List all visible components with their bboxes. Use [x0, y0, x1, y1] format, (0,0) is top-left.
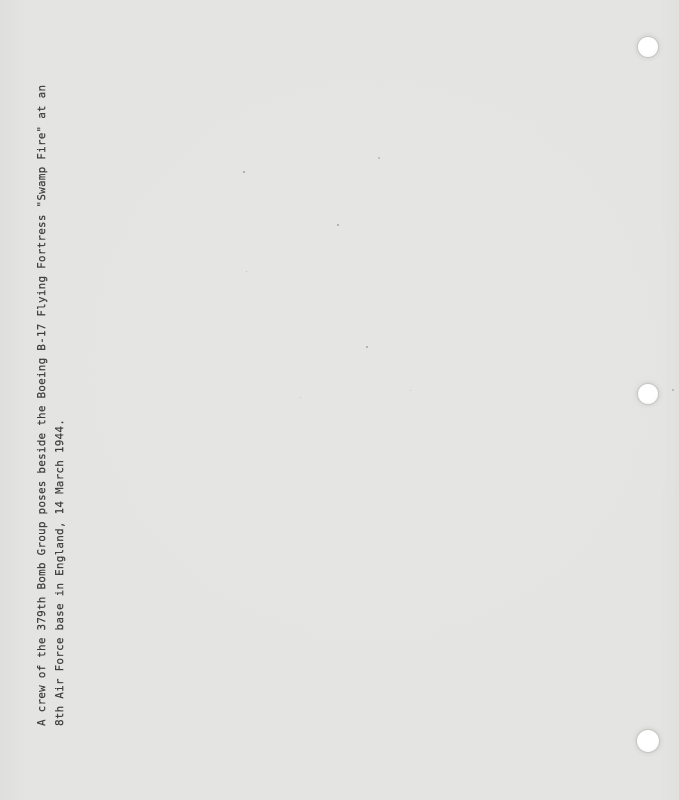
- photo-caption: A crew of the 379th Bomb Group poses bes…: [33, 85, 68, 726]
- dust-speck: [378, 157, 380, 159]
- dust-speck: [300, 397, 301, 398]
- dust-speck: [672, 389, 674, 391]
- hole-punch: [638, 384, 658, 404]
- caption-line-1: A crew of the 379th Bomb Group poses bes…: [33, 85, 51, 726]
- dust-speck: [243, 171, 245, 173]
- scanned-page: A crew of the 379th Bomb Group poses bes…: [0, 0, 679, 800]
- dust-speck: [337, 224, 339, 226]
- dust-speck: [366, 346, 368, 348]
- hole-punch: [638, 37, 658, 57]
- caption-line-2: 8th Air Force base in England, 14 March …: [51, 85, 69, 726]
- dust-speck: [246, 271, 247, 272]
- dust-speck: [410, 390, 411, 391]
- hole-punch: [637, 730, 659, 752]
